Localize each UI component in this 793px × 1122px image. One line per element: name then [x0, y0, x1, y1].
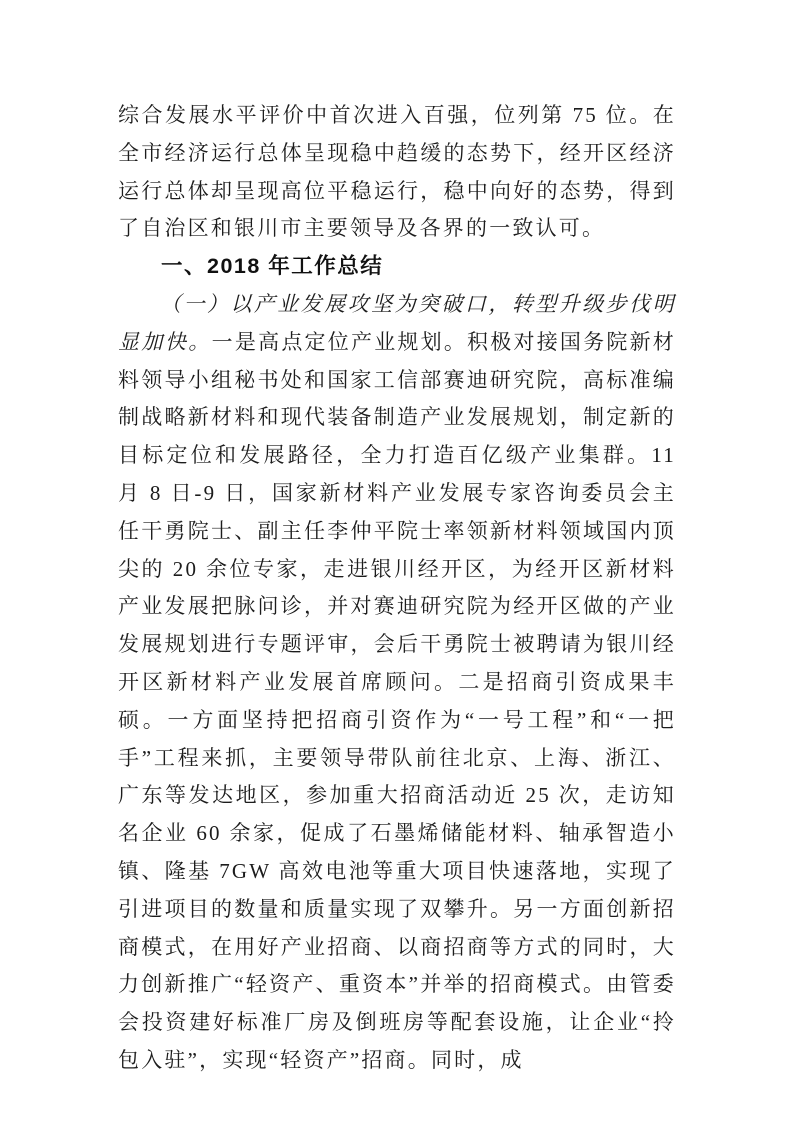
paragraph-overview: 综合发展水平评价中首次进入百强，位列第 75 位。在全市经济运行总体呈现稳中趋缓…	[118, 97, 676, 248]
document-page: 综合发展水平评价中首次进入百强，位列第 75 位。在全市经济运行总体呈现稳中趋缓…	[0, 0, 793, 1122]
paragraph-industry-body: 一是高点定位产业规划。积极对接国务院新材料领导小组秘书处和国家工信部赛迪研究院，…	[118, 330, 676, 1072]
paragraph-industry-development: （一）以产业发展攻坚为突破口，转型升级步伐明显加快。一是高点定位产业规划。积极对…	[118, 286, 676, 1080]
section-heading-2018-work-summary: 一、2018 年工作总结	[118, 248, 676, 286]
